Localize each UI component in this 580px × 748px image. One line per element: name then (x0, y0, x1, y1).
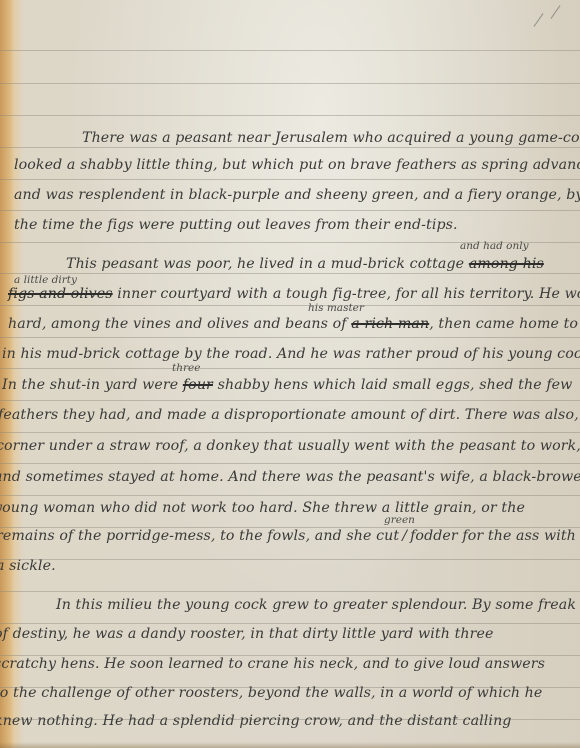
ruled-line (0, 623, 580, 624)
ruled-line (0, 591, 580, 592)
ruled-line (0, 273, 580, 274)
ruled-line (0, 400, 580, 401)
line-text: inner courtyard with a tough fig-tree, f… (117, 286, 580, 302)
text-line: remains of the porridge-mess, to the fow… (0, 528, 576, 544)
ruled-line (0, 210, 580, 211)
pencil-mark (534, 13, 544, 27)
line-text: hard, among the vines and olives and bea… (8, 316, 347, 332)
text-line: a sickle. (0, 558, 56, 574)
ruled-line (0, 305, 580, 306)
caret-mark: / (402, 528, 407, 544)
text-line: corner under a straw roof, a donkey that… (0, 438, 580, 454)
ruled-line (0, 337, 580, 338)
line-text: , then came home to sleep (429, 316, 580, 332)
ruled-line (0, 368, 580, 369)
struck-text: a rich man (351, 316, 429, 332)
text-line: of destiny, he was a dandy rooster, in t… (0, 626, 494, 642)
line-text: In the shut-in yard were (2, 377, 178, 393)
text-line: In the shut-in yard were four shabby hen… (2, 377, 572, 393)
line-text: This peasant was poor, he lived in a mud… (66, 256, 464, 272)
ruled-line (0, 463, 580, 464)
insertion-text: and had only (460, 240, 529, 252)
struck-text: figs and olives (8, 286, 113, 302)
page-bottom-edge (0, 742, 580, 748)
text-line: and sometimes stayed at home. And there … (0, 469, 580, 485)
text-line: looked a shabby little thing, but which … (14, 157, 580, 173)
line-text: shabby hens which laid small eggs, shed … (218, 377, 573, 393)
text-line: figs and olives inner courtyard with a t… (8, 286, 580, 302)
struck-text: among his (469, 256, 544, 272)
insertion-text: a little dirty (14, 274, 77, 286)
struck-text: four (183, 377, 213, 393)
line-text: remains of the porridge-mess, to the fow… (0, 528, 399, 544)
text-line: the time the figs were putting out leave… (14, 217, 458, 233)
text-line: and was resplendent in black-purple and … (14, 187, 580, 203)
text-line: There was a peasant near Jerusalem who a… (82, 130, 580, 146)
ruled-line (0, 179, 580, 180)
ruled-line (0, 559, 580, 560)
text-line: to the challenge of other roosters, beyo… (0, 685, 542, 701)
text-line: scratchy hens. He soon learned to crane … (0, 656, 545, 672)
line-text: fodder for the ass with (410, 528, 576, 544)
text-line: hard, among the vines and olives and bea… (8, 316, 580, 332)
text-line: In this milieu the young cock grew to gr… (56, 597, 576, 613)
manuscript-page: There was a peasant near Jerusalem who a… (0, 0, 580, 748)
ruled-line (0, 50, 580, 51)
insertion-text: three (172, 362, 200, 374)
text-line: feathers they had, and made a disproport… (0, 407, 580, 423)
ruled-line (0, 432, 580, 433)
ruled-line (0, 495, 580, 496)
ruled-line (0, 83, 580, 84)
insertion-text: green (384, 514, 415, 526)
text-line: in his mud-brick cottage by the road. An… (2, 346, 580, 362)
ruled-line (0, 115, 580, 116)
text-line: This peasant was poor, he lived in a mud… (66, 256, 544, 272)
text-line: young woman who did not work too hard. S… (0, 500, 525, 516)
ruled-line (0, 147, 580, 148)
pencil-mark (551, 5, 561, 19)
text-line: knew nothing. He had a splendid piercing… (0, 713, 512, 729)
insertion-text: his master (308, 302, 364, 314)
